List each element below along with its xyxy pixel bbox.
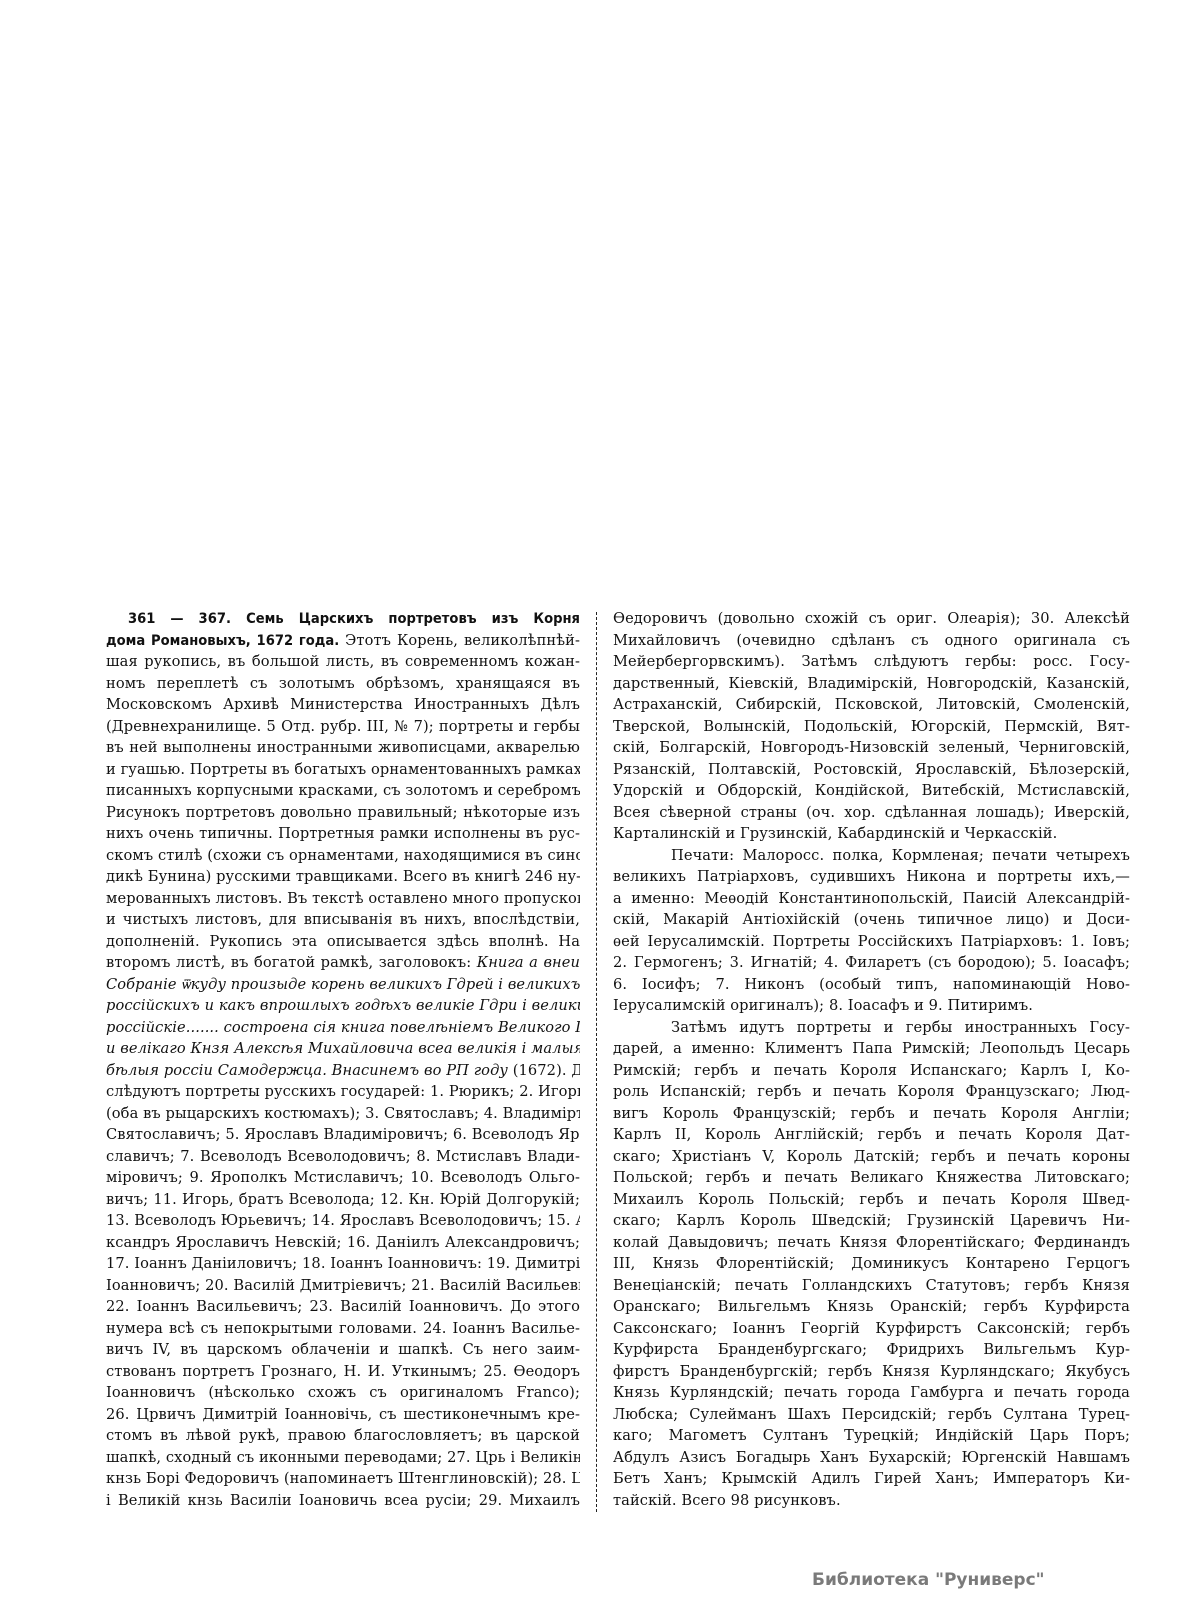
text-line: Князь Курляндскій; печать города Гамбург… bbox=[613, 1382, 1130, 1404]
heading-line-1: 361 — 367. Семь Царскихъ портретовъ изъ … bbox=[106, 608, 580, 630]
text-span: второмъ листѣ, въ богатой рамкѣ, заголов… bbox=[106, 954, 471, 971]
text-line: Іерусалимскій оригиналъ); 8. Іоасафъ и 9… bbox=[613, 995, 1130, 1017]
text-line: Рязанскій, Полтавскій, Ростовскій, Яросл… bbox=[613, 759, 1130, 781]
quoted-title: Книга а внеи bbox=[477, 954, 580, 971]
text-line: Удорскій и Обдорскій, Кондійской, Витебс… bbox=[613, 780, 1130, 802]
text-line: фирстъ Бранденбургскій; гербъ Князя Курл… bbox=[613, 1361, 1130, 1383]
text-line: Абдулъ Азисъ Богадырь Ханъ Бухарскій; Юр… bbox=[613, 1447, 1130, 1469]
text-line: а именно: Меѳодій Константинопольскій, П… bbox=[613, 888, 1130, 910]
text-line: Польской; гербъ и печать Великаго Княжес… bbox=[613, 1167, 1130, 1189]
text-line: Оранскаго; Вильгельмъ Князь Оранскій; ге… bbox=[613, 1296, 1130, 1318]
text-line: Астраханскій, Сибирскій, Псковской, Лито… bbox=[613, 694, 1130, 716]
text-line: Тверской, Волынскій, Подольскій, Югорскі… bbox=[613, 716, 1130, 738]
text-line: Римскій; гербъ и печать Короля Испанскаг… bbox=[613, 1060, 1130, 1082]
text-line: Мейербергорвскимъ). Затѣмъ слѣдуютъ герб… bbox=[613, 651, 1130, 673]
quoted-title-line: россійскихъ и какъ впрошлыхъ годѣхъ вели… bbox=[106, 995, 580, 1017]
quoted-title-line: и велікаго Кнзя Алексѣя Михайловича всеа… bbox=[106, 1038, 580, 1060]
text-line: міровичъ; 9. Ярополкъ Мстиславичъ; 10. В… bbox=[106, 1167, 580, 1189]
paragraph-start: Печати: Малоросс. полка, Кормленая; печа… bbox=[613, 845, 1130, 867]
entry-number: 361 — 367. bbox=[128, 610, 231, 627]
text-line: скій, Болгарскій, Новгородъ-Низовскій зе… bbox=[613, 737, 1130, 759]
text-span: Этотъ Корень, великолѣпнѣй- bbox=[339, 632, 580, 649]
text-line: III, Князь Флорентійскій; Доминикусъ Кон… bbox=[613, 1253, 1130, 1275]
text-line: и чистыхъ листовъ, для вписыванія въ них… bbox=[106, 909, 580, 931]
text-line: шая рукопись, въ большой листь, въ совре… bbox=[106, 651, 580, 673]
entry-title-cont: дома Романовыхъ, 1672 года. bbox=[106, 632, 339, 649]
text-line: кнзь Борі Федоровичъ (напоминаетъ Штенгл… bbox=[106, 1468, 580, 1490]
text-line: вичъ IV, въ царскомъ облаченіи и шапкѣ. … bbox=[106, 1339, 580, 1361]
text-line: вичъ; 11. Игорь, братъ Всеволода; 12. Кн… bbox=[106, 1189, 580, 1211]
text-line: Любска; Сулейманъ Шахъ Персидскій; гербъ… bbox=[613, 1404, 1130, 1426]
text-line: 13. Всеволодъ Юрьевичъ; 14. Ярославъ Все… bbox=[106, 1210, 580, 1232]
entry-title: Семь Царскихъ портретовъ изъ Корня bbox=[246, 610, 580, 627]
text-line: Рисунокъ портретовъ довольно правильный;… bbox=[106, 802, 580, 824]
text-line: второмъ листѣ, въ богатой рамкѣ, заголов… bbox=[106, 952, 580, 974]
text-line: роль Испанскій; гербъ и печать Короля Фр… bbox=[613, 1081, 1130, 1103]
text-line: Бетъ Ханъ; Крымскій Адилъ Гирей Ханъ; Им… bbox=[613, 1468, 1130, 1490]
text-line: (оба въ рыцарскихъ костюмахъ); 3. Святос… bbox=[106, 1103, 580, 1125]
text-line: Карталинскій и Грузинскій, Кабардинскій … bbox=[613, 823, 1130, 845]
text-line: вигъ Король Французскій; гербъ и печать … bbox=[613, 1103, 1130, 1125]
text-line: стомъ въ лѣвой рукѣ, правою благословляе… bbox=[106, 1425, 580, 1447]
text-line: мерованныхъ листовъ. Въ текстѣ оставлено… bbox=[106, 888, 580, 910]
text-line: 26. Црвичъ Димитрій Іоанновічь, съ шести… bbox=[106, 1404, 580, 1426]
text-line: шапкѣ, сходный съ иконными переводами; 2… bbox=[106, 1447, 580, 1469]
text-line: Московскомъ Архивѣ Министерства Иностран… bbox=[106, 694, 580, 716]
text-line: Іоанновичъ (нѣсколько схожъ съ оригинало… bbox=[106, 1382, 580, 1404]
text-line: Саксонскаго; Іоаннъ Георгій Курфирстъ Са… bbox=[613, 1318, 1130, 1340]
document-page: 361 — 367. Семь Царскихъ портретовъ изъ … bbox=[0, 0, 1200, 1615]
text-line: слѣдуютъ портреты русскихъ государей: 1.… bbox=[106, 1081, 580, 1103]
text-line: дополненій. Рукопись эта описывается здѣ… bbox=[106, 931, 580, 953]
text-line: Іоанновичъ; 20. Василій Дмитріевичъ; 21.… bbox=[106, 1275, 580, 1297]
text-line: скаго; Карлъ Король Шведскій; Грузинскій… bbox=[613, 1210, 1130, 1232]
text-line: дарственный, Кіевскій, Владимірскій, Нов… bbox=[613, 673, 1130, 695]
quoted-title-line: россійскіе....... состроена сія книга по… bbox=[106, 1017, 580, 1039]
text-line: Святославичъ; 5. Ярославъ Владиміровичъ;… bbox=[106, 1124, 580, 1146]
text-line: скій, Макарій Антіохійскій (очень типичн… bbox=[613, 909, 1130, 931]
text-span: (1672). Далѣе bbox=[513, 1062, 580, 1079]
text-line: нихъ очень типичны. Портретныя рамки исп… bbox=[106, 823, 580, 845]
text-line: дарей, а именно: Климентъ Папа Римскій; … bbox=[613, 1038, 1130, 1060]
column-divider bbox=[596, 612, 597, 1512]
text-line: скаго; Христіанъ V, Король Датскій; герб… bbox=[613, 1146, 1130, 1168]
text-line: номъ переплетѣ съ золотымъ обрѣзомъ, хра… bbox=[106, 673, 580, 695]
text-line: тайскій. Всего 98 рисунковъ. bbox=[613, 1490, 1130, 1512]
text-line: Михаилъ Король Польскій; гербъ и печать … bbox=[613, 1189, 1130, 1211]
quoted-title: бѣлыя россіи Самодержца. Внасинемъ во РП… bbox=[106, 1062, 508, 1079]
text-line: 17. Іоаннъ Даніиловичъ; 18. Іоаннъ Іоанн… bbox=[106, 1253, 580, 1275]
left-column: 361 — 367. Семь Царскихъ портретовъ изъ … bbox=[106, 608, 580, 1511]
text-line: скомъ стилѣ (схожи съ орнаментами, наход… bbox=[106, 845, 580, 867]
text-line: колай Давыдовичъ; печать Князя Флорентій… bbox=[613, 1232, 1130, 1254]
text-line: великихъ Патріарховъ, судившихъ Никона и… bbox=[613, 866, 1130, 888]
text-line: і Великій кнзь Василіи Іоановичь всеа ру… bbox=[106, 1490, 580, 1512]
text-line: Курфирста Бранденбургскаго; Фридрихъ Вил… bbox=[613, 1339, 1130, 1361]
text-line: ѳей Іерусалимскій. Портреты Россійскихъ … bbox=[613, 931, 1130, 953]
text-line: дома Романовыхъ, 1672 года. Этотъ Корень… bbox=[106, 630, 580, 652]
text-line: въ ней выполнены иностранными живописцам… bbox=[106, 737, 580, 759]
text-line: Михайловичъ (очевидно сдѣланъ съ одного … bbox=[613, 630, 1130, 652]
quoted-title-line: Собраніе ѿкуду произыде корень великихъ … bbox=[106, 974, 580, 996]
paragraph-start: Затѣмъ идутъ портреты и гербы иностранны… bbox=[613, 1017, 1130, 1039]
text-line: ствованъ портретъ Грознаго, Н. И. Уткины… bbox=[106, 1361, 580, 1383]
text-line: бѣлыя россіи Самодержца. Внасинемъ во РП… bbox=[106, 1060, 580, 1082]
text-line: 22. Іоаннъ Васильевичъ; 23. Василій Іоан… bbox=[106, 1296, 580, 1318]
text-line: Венеціанскій; печать Голландскихъ Статут… bbox=[613, 1275, 1130, 1297]
text-line: Карлъ II, Король Англійскій; гербъ и печ… bbox=[613, 1124, 1130, 1146]
text-line: и гуашью. Портреты въ богатыхъ орнаменто… bbox=[106, 759, 580, 781]
text-line: ксандръ Ярославичъ Невскій; 16. Даніилъ … bbox=[106, 1232, 580, 1254]
library-watermark: Библиотека "Руниверс" bbox=[812, 1570, 1045, 1590]
text-line: Өедоровичъ (довольно схожій съ ориг. Оле… bbox=[613, 608, 1130, 630]
text-line: дикѣ Бунина) русскими травщиками. Всего … bbox=[106, 866, 580, 888]
text-line: славичъ; 7. Всеволодъ Всеволодовичъ; 8. … bbox=[106, 1146, 580, 1168]
text-line: нумера всѣ съ непокрытыми головами. 24. … bbox=[106, 1318, 580, 1340]
text-line: каго; Магометъ Султанъ Турецкій; Индійск… bbox=[613, 1425, 1130, 1447]
text-line: (Древнехранилище. 5 Отд. рубр. III, № 7)… bbox=[106, 716, 580, 738]
text-line: 6. Іосифъ; 7. Никонъ (особый типъ, напом… bbox=[613, 974, 1130, 996]
text-line: 2. Гермогенъ; 3. Игнатій; 4. Филаретъ (с… bbox=[613, 952, 1130, 974]
text-line: Всея сѣверной страны (оч. хор. сдѣланная… bbox=[613, 802, 1130, 824]
right-column: Өедоровичъ (довольно схожій съ ориг. Оле… bbox=[613, 608, 1130, 1511]
text-line: писанныхъ корпусными красками, съ золото… bbox=[106, 780, 580, 802]
